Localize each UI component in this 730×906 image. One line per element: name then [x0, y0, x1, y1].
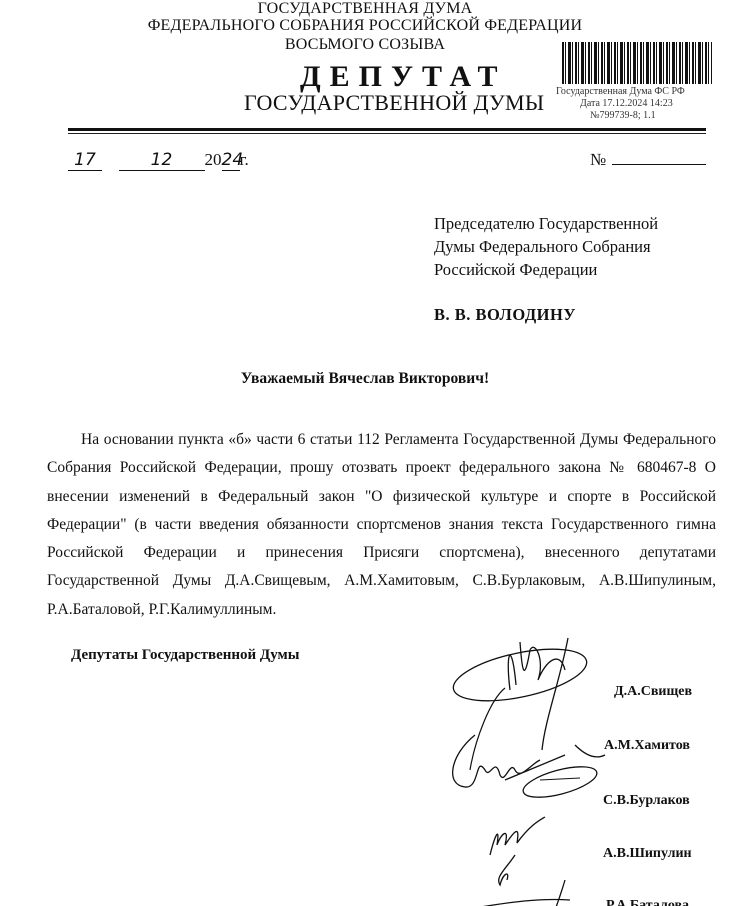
addressee-line-2: Думы Федерального Собрания [434, 237, 651, 257]
signer-name: Д.А.Свищев [614, 684, 692, 700]
letterhead-line-2: ФЕДЕРАЛЬНОГО СОБРАНИЯ РОССИЙСКОЙ ФЕДЕРАЦ… [0, 17, 730, 35]
stamp-date: Дата 17.12.2024 14:23 [580, 98, 673, 109]
barcode-icon [562, 42, 712, 84]
number-blank [612, 164, 706, 165]
addressee-line-3: Российской Федерации [434, 260, 597, 280]
letterhead-title: ДЕПУТАТ [300, 60, 507, 94]
letterhead-subtitle: ГОСУДАРСТВЕННОЙ ДУМЫ [244, 90, 544, 116]
body-paragraph: На основании пункта «б» части 6 статьи 1… [47, 426, 716, 624]
date-year-suffix: 24 [222, 150, 240, 171]
addressee-line-1: Председателю Государственной [434, 214, 658, 234]
stamp-org: Государственная Дума ФС РФ [556, 86, 685, 97]
signature-batalova-icon [470, 880, 580, 906]
date-field: 17 122024г. [68, 150, 249, 171]
signer-name: С.В.Бурлаков [603, 793, 690, 809]
signature-burlakov-icon [520, 760, 600, 800]
signature-shipulin-icon [475, 815, 555, 890]
number-label: № [590, 150, 606, 169]
date-year-end: г. [240, 150, 249, 169]
header-rule-thin [68, 133, 706, 134]
signature-svishchev-icon [450, 630, 590, 710]
greeting: Уважаемый Вячеслав Викторович! [0, 370, 730, 388]
date-day: 17 [68, 150, 102, 171]
signer-name: Р.А.Баталова [606, 898, 689, 906]
header-rule [68, 128, 706, 131]
letterhead-line-1: ГОСУДАРСТВЕННАЯ ДУМА [0, 0, 730, 18]
date-year-prefix: 20 [205, 150, 222, 169]
number-field: № [590, 150, 706, 170]
signatures-title: Депутаты Государственной Думы [71, 647, 299, 664]
addressee-name: В. В. ВОЛОДИНУ [434, 305, 576, 325]
date-month: 12 [119, 150, 205, 171]
signer-name: А.В.Шипулин [603, 846, 692, 862]
signer-name: А.М.Хамитов [604, 738, 690, 754]
stamp-number: №799739-8; 1.1 [590, 110, 656, 121]
